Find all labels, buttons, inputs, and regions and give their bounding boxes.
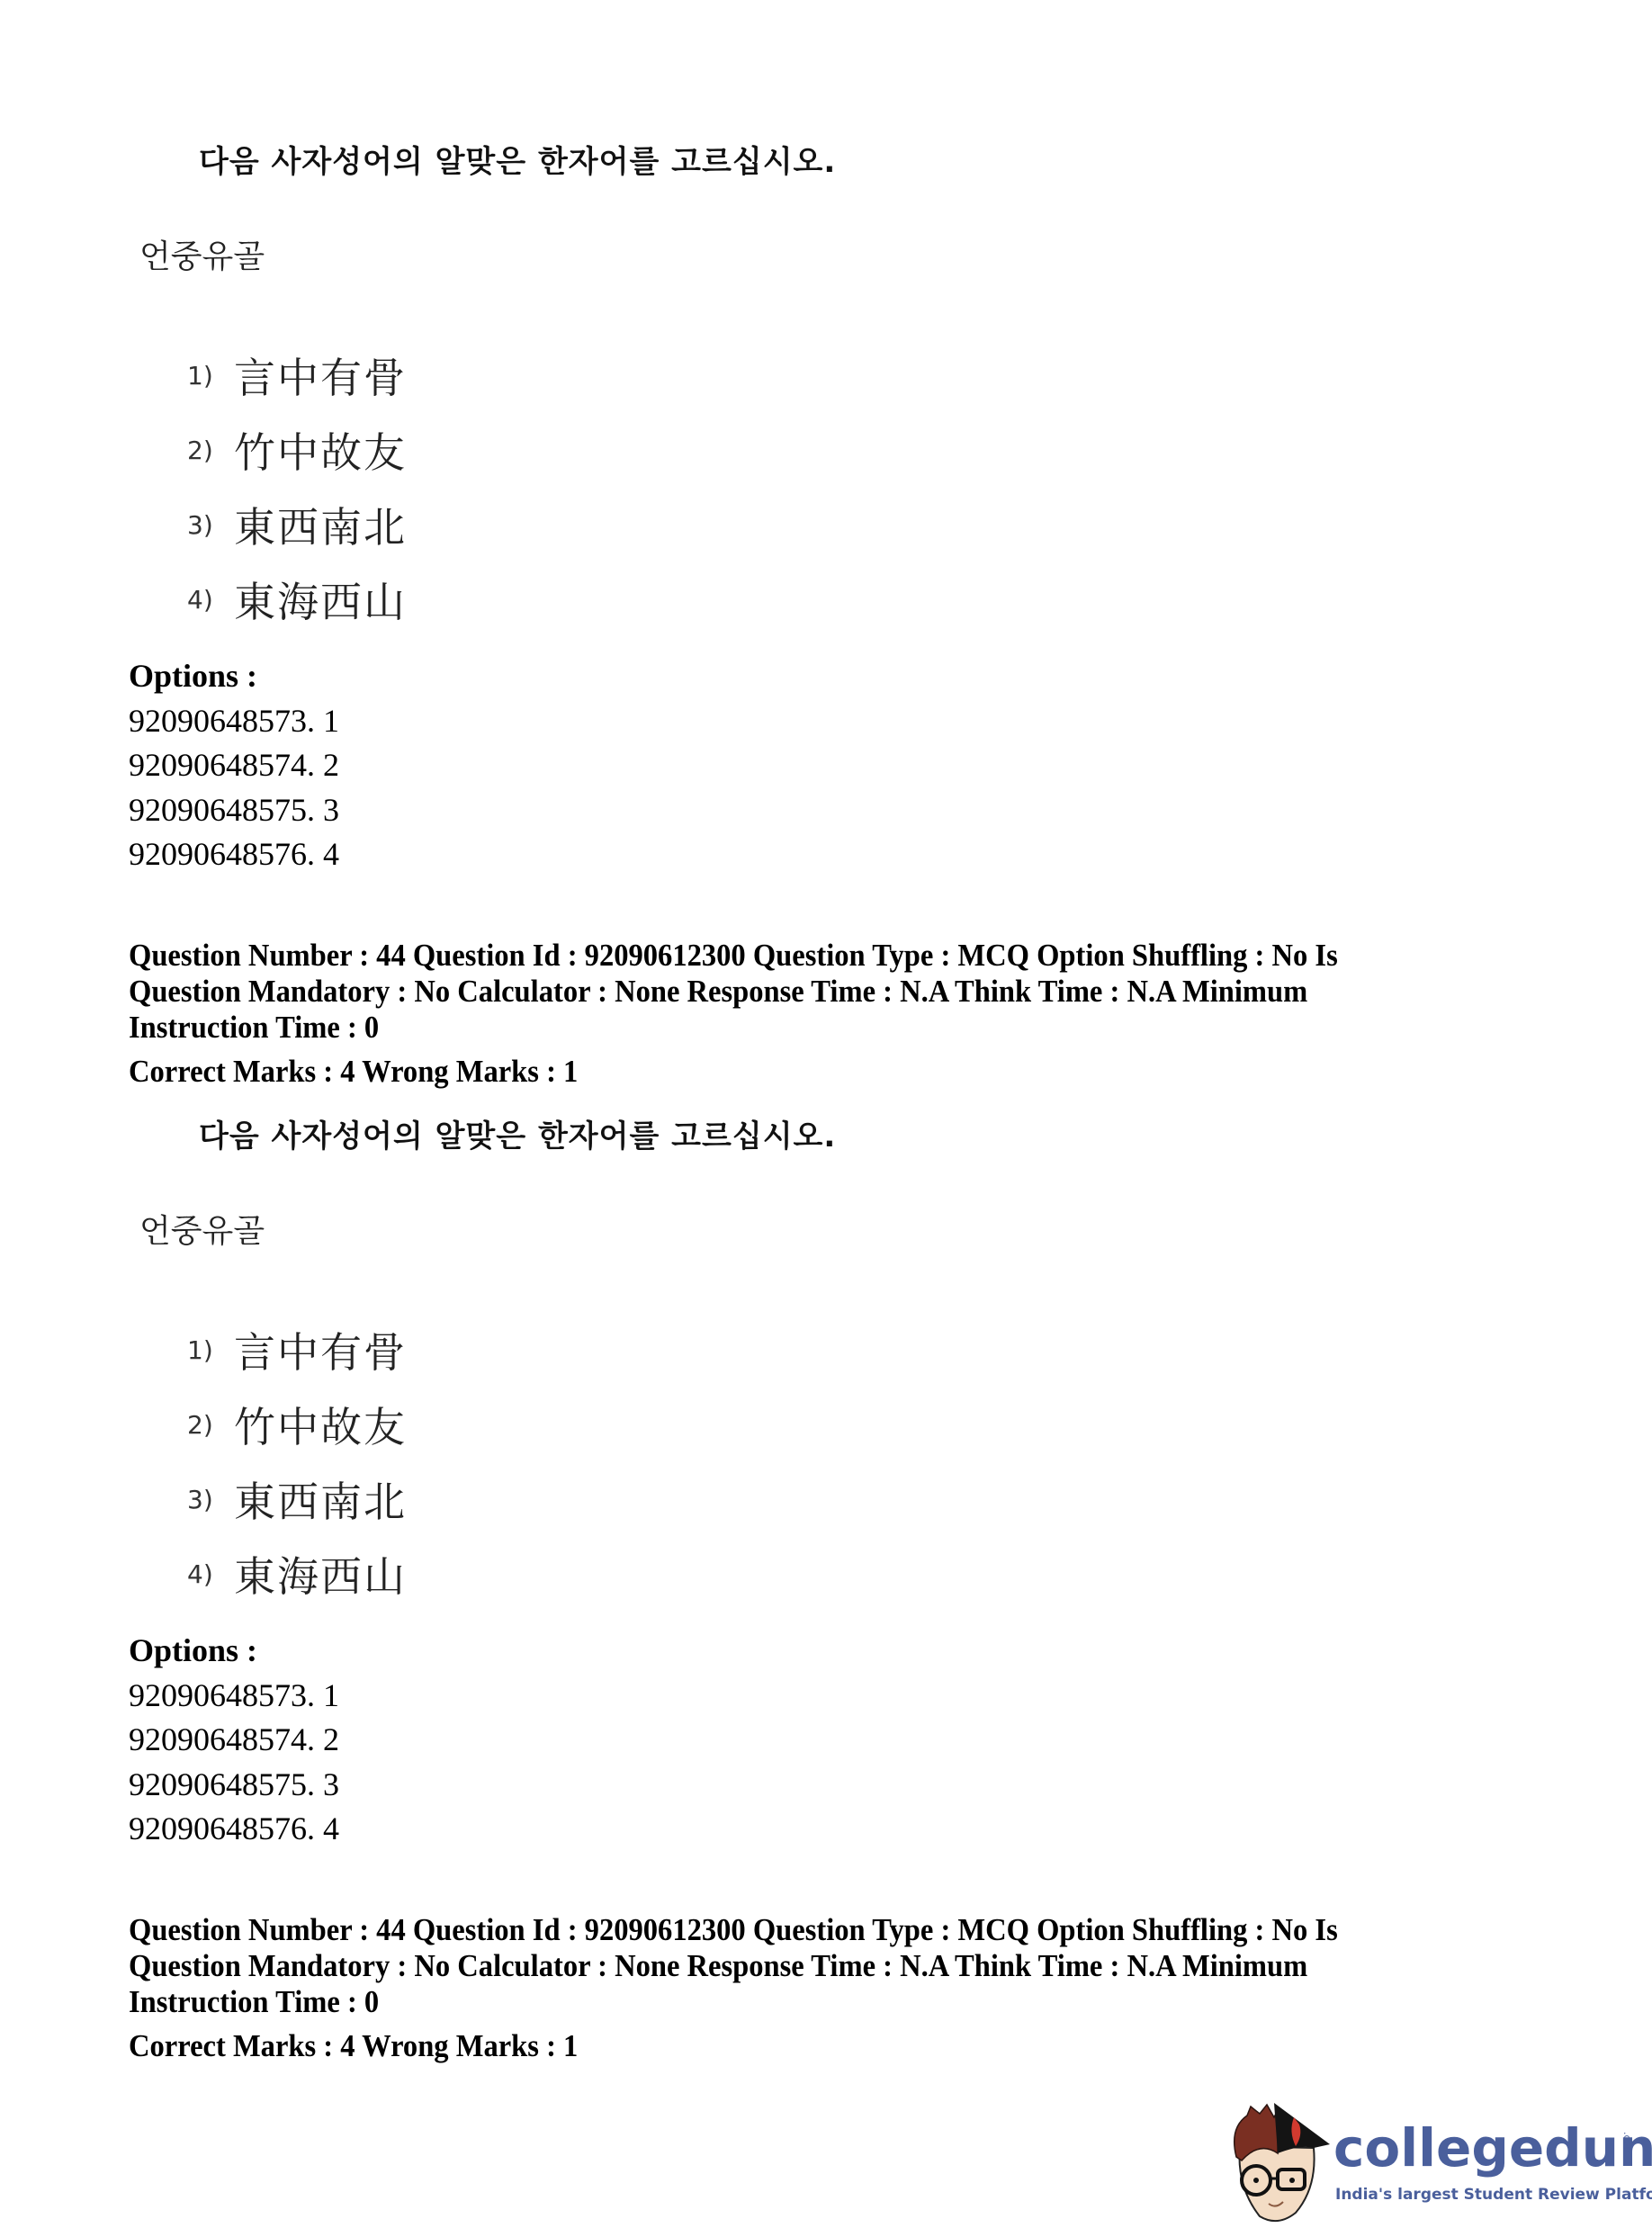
option-item: 92090648575. 3 [129,788,339,833]
choice-number: 1) [187,1335,234,1365]
meta-line: Question Number : 44 Question Id : 92090… [129,1912,1434,1948]
option-item: 92090648573. 1 [129,699,339,744]
meta-line: Question Mandatory : No Calculator : Non… [129,974,1434,1010]
option-item: 92090648574. 2 [129,743,339,788]
options-list: Options : 92090648573. 1 92090648574. 2 … [129,1629,339,1852]
choice-hanja: 竹中故友 [234,420,407,480]
choice-number: 3) [187,510,234,540]
choice-number: 3) [187,1485,234,1514]
choice-3: 3)東西南北 [187,1469,407,1523]
choice-hanja: 東海西山 [234,1544,407,1604]
option-item: 92090648574. 2 [129,1718,339,1763]
choice-hanja: 言中有骨 [234,346,407,405]
choice-hanja: 竹中故友 [234,1395,407,1454]
options-label: Options : [129,654,339,699]
meta-line: Question Mandatory : No Calculator : Non… [129,1948,1434,1984]
option-item: 92090648576. 4 [129,832,339,877]
choice-hanja: 東西南北 [234,495,407,554]
meta-line: Instruction Time : 0 [129,1984,1434,2020]
question-idiom: 언중유골 [139,1206,265,1252]
question-metadata: Question Number : 44 Question Id : 92090… [129,938,1434,1090]
options-list: Options : 92090648573. 1 92090648574. 2 … [129,654,339,877]
question-metadata: Question Number : 44 Question Id : 92090… [129,1912,1434,2064]
meta-line: Question Number : 44 Question Id : 92090… [129,938,1434,974]
choice-number: 2) [187,1410,234,1440]
choice-hanja: 東海西山 [234,570,407,629]
choice-3: 3)東西南北 [187,495,407,549]
option-item: 92090648575. 3 [129,1763,339,1808]
mascot-icon [1224,2101,1332,2228]
options-label: Options : [129,1629,339,1674]
collegedunia-logo: collegedunia .com India's largest Studen… [1224,2101,1652,2228]
choice-2: 2)竹中故友 [187,1395,407,1449]
choice-4: 4)東海西山 [187,1544,407,1598]
option-item: 92090648573. 1 [129,1674,339,1719]
marks-line: Correct Marks : 4 Wrong Marks : 1 [129,2028,1434,2064]
question-prompt: 다음 사자성어의 알맞은 한자어를 고르십시오. [199,137,836,181]
meta-line: Instruction Time : 0 [129,1010,1434,1046]
logo-suffix: .com [1621,2132,1633,2156]
choice-number: 4) [187,1559,234,1589]
question-idiom: 언중유골 [139,231,265,277]
choice-number: 4) [187,585,234,615]
choice-hanja: 東西南北 [234,1469,407,1529]
choice-hanja: 言中有骨 [234,1320,407,1379]
choice-1: 1)言中有骨 [187,1320,407,1374]
choice-number: 1) [187,361,234,391]
option-item: 92090648576. 4 [129,1807,339,1852]
choice-1: 1)言中有骨 [187,346,407,400]
question-prompt: 다음 사자성어의 알맞은 한자어를 고르십시오. [199,1111,836,1155]
logo-tagline: India's largest Student Review Platform [1335,2186,1652,2204]
marks-line: Correct Marks : 4 Wrong Marks : 1 [129,1054,1434,1090]
choice-2: 2)竹中故友 [187,420,407,474]
choice-4: 4)東海西山 [187,570,407,624]
choice-number: 2) [187,436,234,465]
logo-wordmark: collegedunia [1333,2117,1652,2179]
